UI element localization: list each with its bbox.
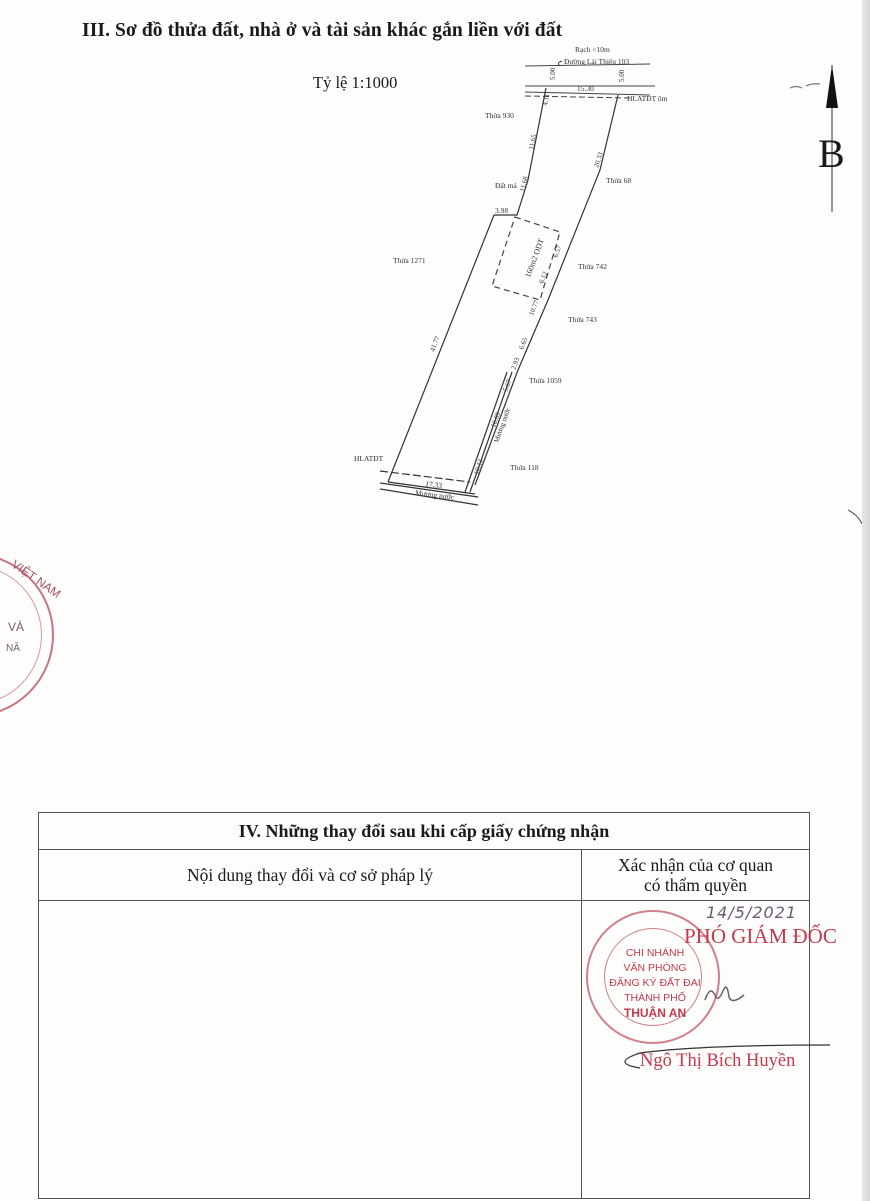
svg-text:5.00: 5.00 <box>618 69 626 82</box>
neighbor-742: Thửa 742 <box>578 262 607 271</box>
label-hlatdt-top: HLATĐT ôm <box>627 94 668 103</box>
neighbor-1059: Thửa 1059 <box>529 376 562 385</box>
page-edge <box>862 0 870 1201</box>
svg-text:10.13: 10.13 <box>472 458 485 476</box>
neighbor-1271: Thửa 1271 <box>393 256 426 265</box>
neighbor-68: Thửa 68 <box>606 176 631 185</box>
neighbor-118: Thửa 118 <box>510 463 539 472</box>
svg-text:11.68: 11.68 <box>518 175 530 193</box>
left-stamp-line1: VÀ <box>8 620 24 634</box>
svg-text:5.00: 5.00 <box>549 67 557 80</box>
label-dat-ma: Đất mả <box>495 181 518 190</box>
parcel-map: Rạch <10m Đường Lái Thiêu 103 15.30 HLAT… <box>0 0 870 560</box>
label-bottom-width: 17.33 <box>425 479 443 490</box>
label-rach: Rạch <10m <box>575 45 610 54</box>
signature-icon <box>700 980 770 1010</box>
neighbor-930: Thửa 930 <box>485 111 514 120</box>
svg-text:6.57: 6.57 <box>551 244 563 259</box>
label-front-width: 15.30 <box>577 84 594 93</box>
north-letter: B <box>818 130 845 177</box>
svg-text:10.77: 10.77 <box>527 299 541 317</box>
approval-date: 14/5/2021 <box>706 903 797 922</box>
svg-text:11.65: 11.65 <box>527 133 538 150</box>
svg-text:6.12: 6.12 <box>537 270 549 285</box>
change-content-cell <box>39 901 582 1199</box>
signer-name: Ngô Thị Bích Huyền <box>640 1051 795 1072</box>
svg-text:5.67: 5.67 <box>501 378 513 393</box>
certificate-page: III. Sơ đồ thửa đất, nhà ở và tài sản kh… <box>0 0 862 1201</box>
label-hlatdt-bottom: HLATĐT <box>354 454 384 463</box>
svg-text:4.11: 4.11 <box>541 93 551 107</box>
section-4-title: IV. Những thay đổi sau khi cấp giấy chứn… <box>39 813 810 850</box>
column-header-confirm: Xác nhận của cơ quan có thẩm quyền <box>582 850 810 901</box>
svg-text:2.93: 2.93 <box>509 356 521 371</box>
house-outline <box>492 217 560 300</box>
neighbor-743: Thửa 743 <box>568 315 597 324</box>
left-stamp-line2: NĂ <box>6 643 20 654</box>
label-road: Đường Lái Thiêu 103 <box>564 57 629 66</box>
label-step: 3.98 <box>495 206 508 215</box>
approval-block: CHI NHÁNH VĂN PHÒNG ĐĂNG KÝ ĐẤT ĐAI THÀN… <box>580 898 860 1088</box>
column-header-content: Nội dung thay đổi và cơ sở pháp lý <box>39 850 582 901</box>
signer-role: PHÓ GIÁM ĐỐC <box>684 924 837 949</box>
